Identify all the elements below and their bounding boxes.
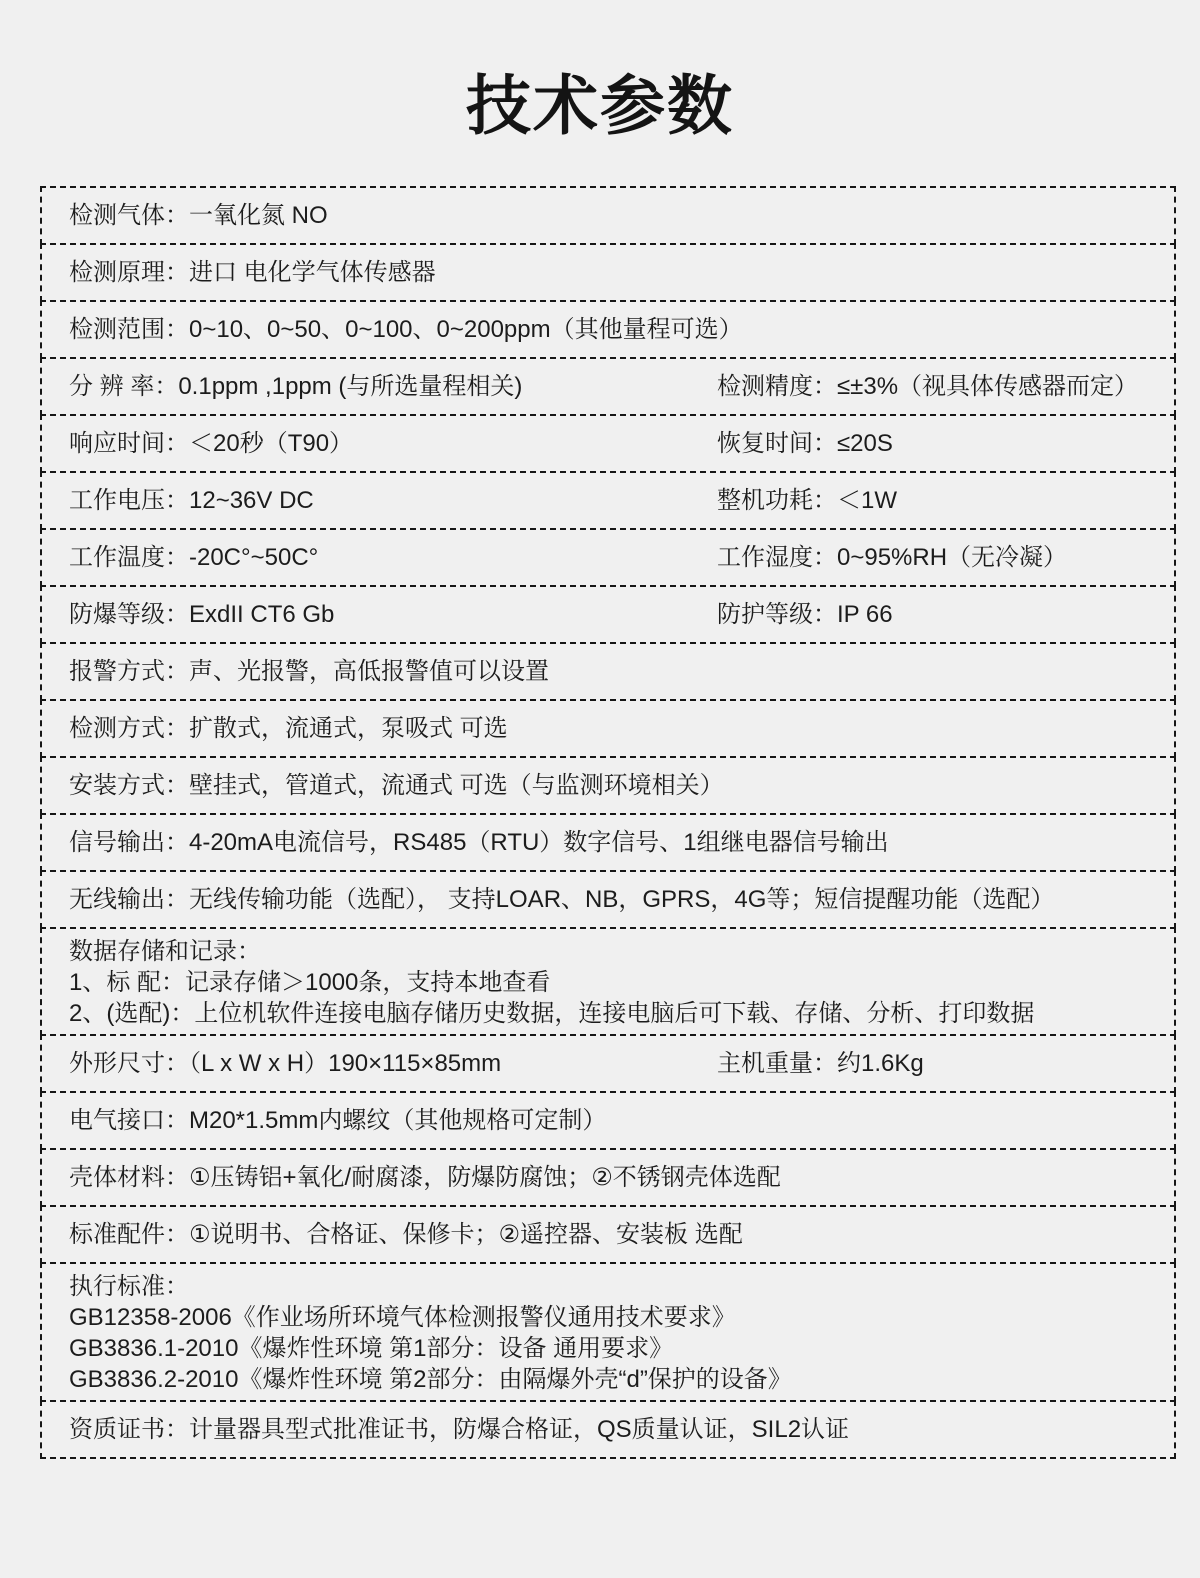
spec-row-voltage-power: 工作电压：12~36V DC 整机功耗：＜1W <box>40 471 1176 530</box>
spec-text-right: 整机功耗：＜1W <box>717 485 897 516</box>
spec-text-left: 分 辨 率：0.1ppm ,1ppm (与所选量程相关) <box>69 371 717 402</box>
spec-row-signal-output: 信号输出：4-20mA电流信号，RS485（RTU）数字信号、1组继电器信号输出 <box>40 813 1176 872</box>
spec-text-left: 响应时间：＜20秒（T90） <box>69 428 717 459</box>
spec-text: 报警方式：声、光报警，高低报警值可以设置 <box>69 656 549 687</box>
spec-text-left: 工作电压：12~36V DC <box>69 485 717 516</box>
spec-text-right: 工作湿度：0~95%RH（无冷凝） <box>717 542 1067 573</box>
spec-text: 电气接口：M20*1.5mm内螺纹（其他规格可定制） <box>69 1105 606 1136</box>
spec-text: 检测原理：进口 电化学气体传感器 <box>69 257 436 288</box>
spec-text: 信号输出：4-20mA电流信号，RS485（RTU）数字信号、1组继电器信号输出 <box>69 827 889 858</box>
spec-text-left: 防爆等级：ExdII CT6 Gb <box>69 599 717 630</box>
spec-line: 数据存储和记录： <box>69 936 1156 967</box>
spec-text: 标准配件：①说明书、合格证、保修卡；②遥控器、安装板 选配 <box>69 1219 743 1250</box>
spec-text-right: 主机重量：约1.6Kg <box>717 1048 924 1079</box>
spec-row-accessories: 标准配件：①说明书、合格证、保修卡；②遥控器、安装板 选配 <box>40 1205 1176 1264</box>
spec-row-installation: 安装方式：壁挂式，管道式，流通式 可选（与监测环境相关） <box>40 756 1176 815</box>
spec-line: 执行标准： <box>69 1271 1156 1302</box>
spec-row-gas: 检测气体：一氧化氮 NO <box>40 186 1176 245</box>
spec-row-range: 检测范围：0~10、0~50、0~100、0~200ppm（其他量程可选） <box>40 300 1176 359</box>
spec-text: 无线输出：无线传输功能（选配）， 支持LOAR、NB，GPRS，4G等；短信提醒… <box>69 884 1054 915</box>
spec-line: GB3836.2-2010《爆炸性环境 第2部分：由隔爆外壳“d”保护的设备》 <box>69 1364 1156 1395</box>
spec-row-data-storage: 数据存储和记录： 1、标 配：记录存储＞1000条，支持本地查看 2、(选配)：… <box>40 927 1176 1036</box>
spec-text-left: 外形尺寸：（L x W x H）190×115×85mm <box>69 1048 717 1079</box>
spec-row-certificates: 资质证书：计量器具型式批准证书，防爆合格证，QS质量认证，SIL2认证 <box>40 1400 1176 1459</box>
spec-row-resolution-accuracy: 分 辨 率：0.1ppm ,1ppm (与所选量程相关) 检测精度：≤±3%（视… <box>40 357 1176 416</box>
spec-text-right: 恢复时间：≤20S <box>717 428 893 459</box>
spec-text-right: 检测精度：≤±3%（视具体传感器而定） <box>717 371 1138 402</box>
spec-row-principle: 检测原理：进口 电化学气体传感器 <box>40 243 1176 302</box>
spec-text: 检测方式：扩散式，流通式，泵吸式 可选 <box>69 713 508 744</box>
spec-text-left: 工作温度：-20C°~50C° <box>69 542 717 573</box>
spec-text: 检测范围：0~10、0~50、0~100、0~200ppm（其他量程可选） <box>69 314 743 345</box>
page-title: 技术参数 <box>0 0 1200 143</box>
spec-row-response-recovery: 响应时间：＜20秒（T90） 恢复时间：≤20S <box>40 414 1176 473</box>
spec-text: 安装方式：壁挂式，管道式，流通式 可选（与监测环境相关） <box>69 770 724 801</box>
spec-text: 壳体材料：①压铸铝+氧化/耐腐漆，防爆防腐蚀；②不锈钢壳体选配 <box>69 1162 781 1193</box>
spec-line: 2、(选配)：上位机软件连接电脑存储历史数据，连接电脑后可下载、存储、分析、打印… <box>69 998 1156 1029</box>
spec-row-explosion-ip: 防爆等级：ExdII CT6 Gb 防护等级：IP 66 <box>40 585 1176 644</box>
spec-line: 1、标 配：记录存储＞1000条，支持本地查看 <box>69 967 1156 998</box>
spec-text: 资质证书：计量器具型式批准证书，防爆合格证，QS质量认证，SIL2认证 <box>69 1414 849 1445</box>
spec-row-detection-mode: 检测方式：扩散式，流通式，泵吸式 可选 <box>40 699 1176 758</box>
spec-line: GB12358-2006《作业场所环境气体检测报警仪通用技术要求》 <box>69 1302 1156 1333</box>
spec-row-temperature-humidity: 工作温度：-20C°~50C° 工作湿度：0~95%RH（无冷凝） <box>40 528 1176 587</box>
spec-table: 检测气体：一氧化氮 NO 检测原理：进口 电化学气体传感器 检测范围：0~10、… <box>40 186 1176 1459</box>
spec-line: GB3836.1-2010《爆炸性环境 第1部分：设备 通用要求》 <box>69 1333 1156 1364</box>
spec-row-electrical-interface: 电气接口：M20*1.5mm内螺纹（其他规格可定制） <box>40 1091 1176 1150</box>
spec-text-right: 防护等级：IP 66 <box>717 599 893 630</box>
spec-row-alarm: 报警方式：声、光报警，高低报警值可以设置 <box>40 642 1176 701</box>
spec-row-housing-material: 壳体材料：①压铸铝+氧化/耐腐漆，防爆防腐蚀；②不锈钢壳体选配 <box>40 1148 1176 1207</box>
spec-row-dimensions-weight: 外形尺寸：（L x W x H）190×115×85mm 主机重量：约1.6Kg <box>40 1034 1176 1093</box>
spec-row-wireless: 无线输出：无线传输功能（选配）， 支持LOAR、NB，GPRS，4G等；短信提醒… <box>40 870 1176 929</box>
spec-row-standards: 执行标准： GB12358-2006《作业场所环境气体检测报警仪通用技术要求》 … <box>40 1262 1176 1402</box>
spec-text: 检测气体：一氧化氮 NO <box>69 200 328 231</box>
